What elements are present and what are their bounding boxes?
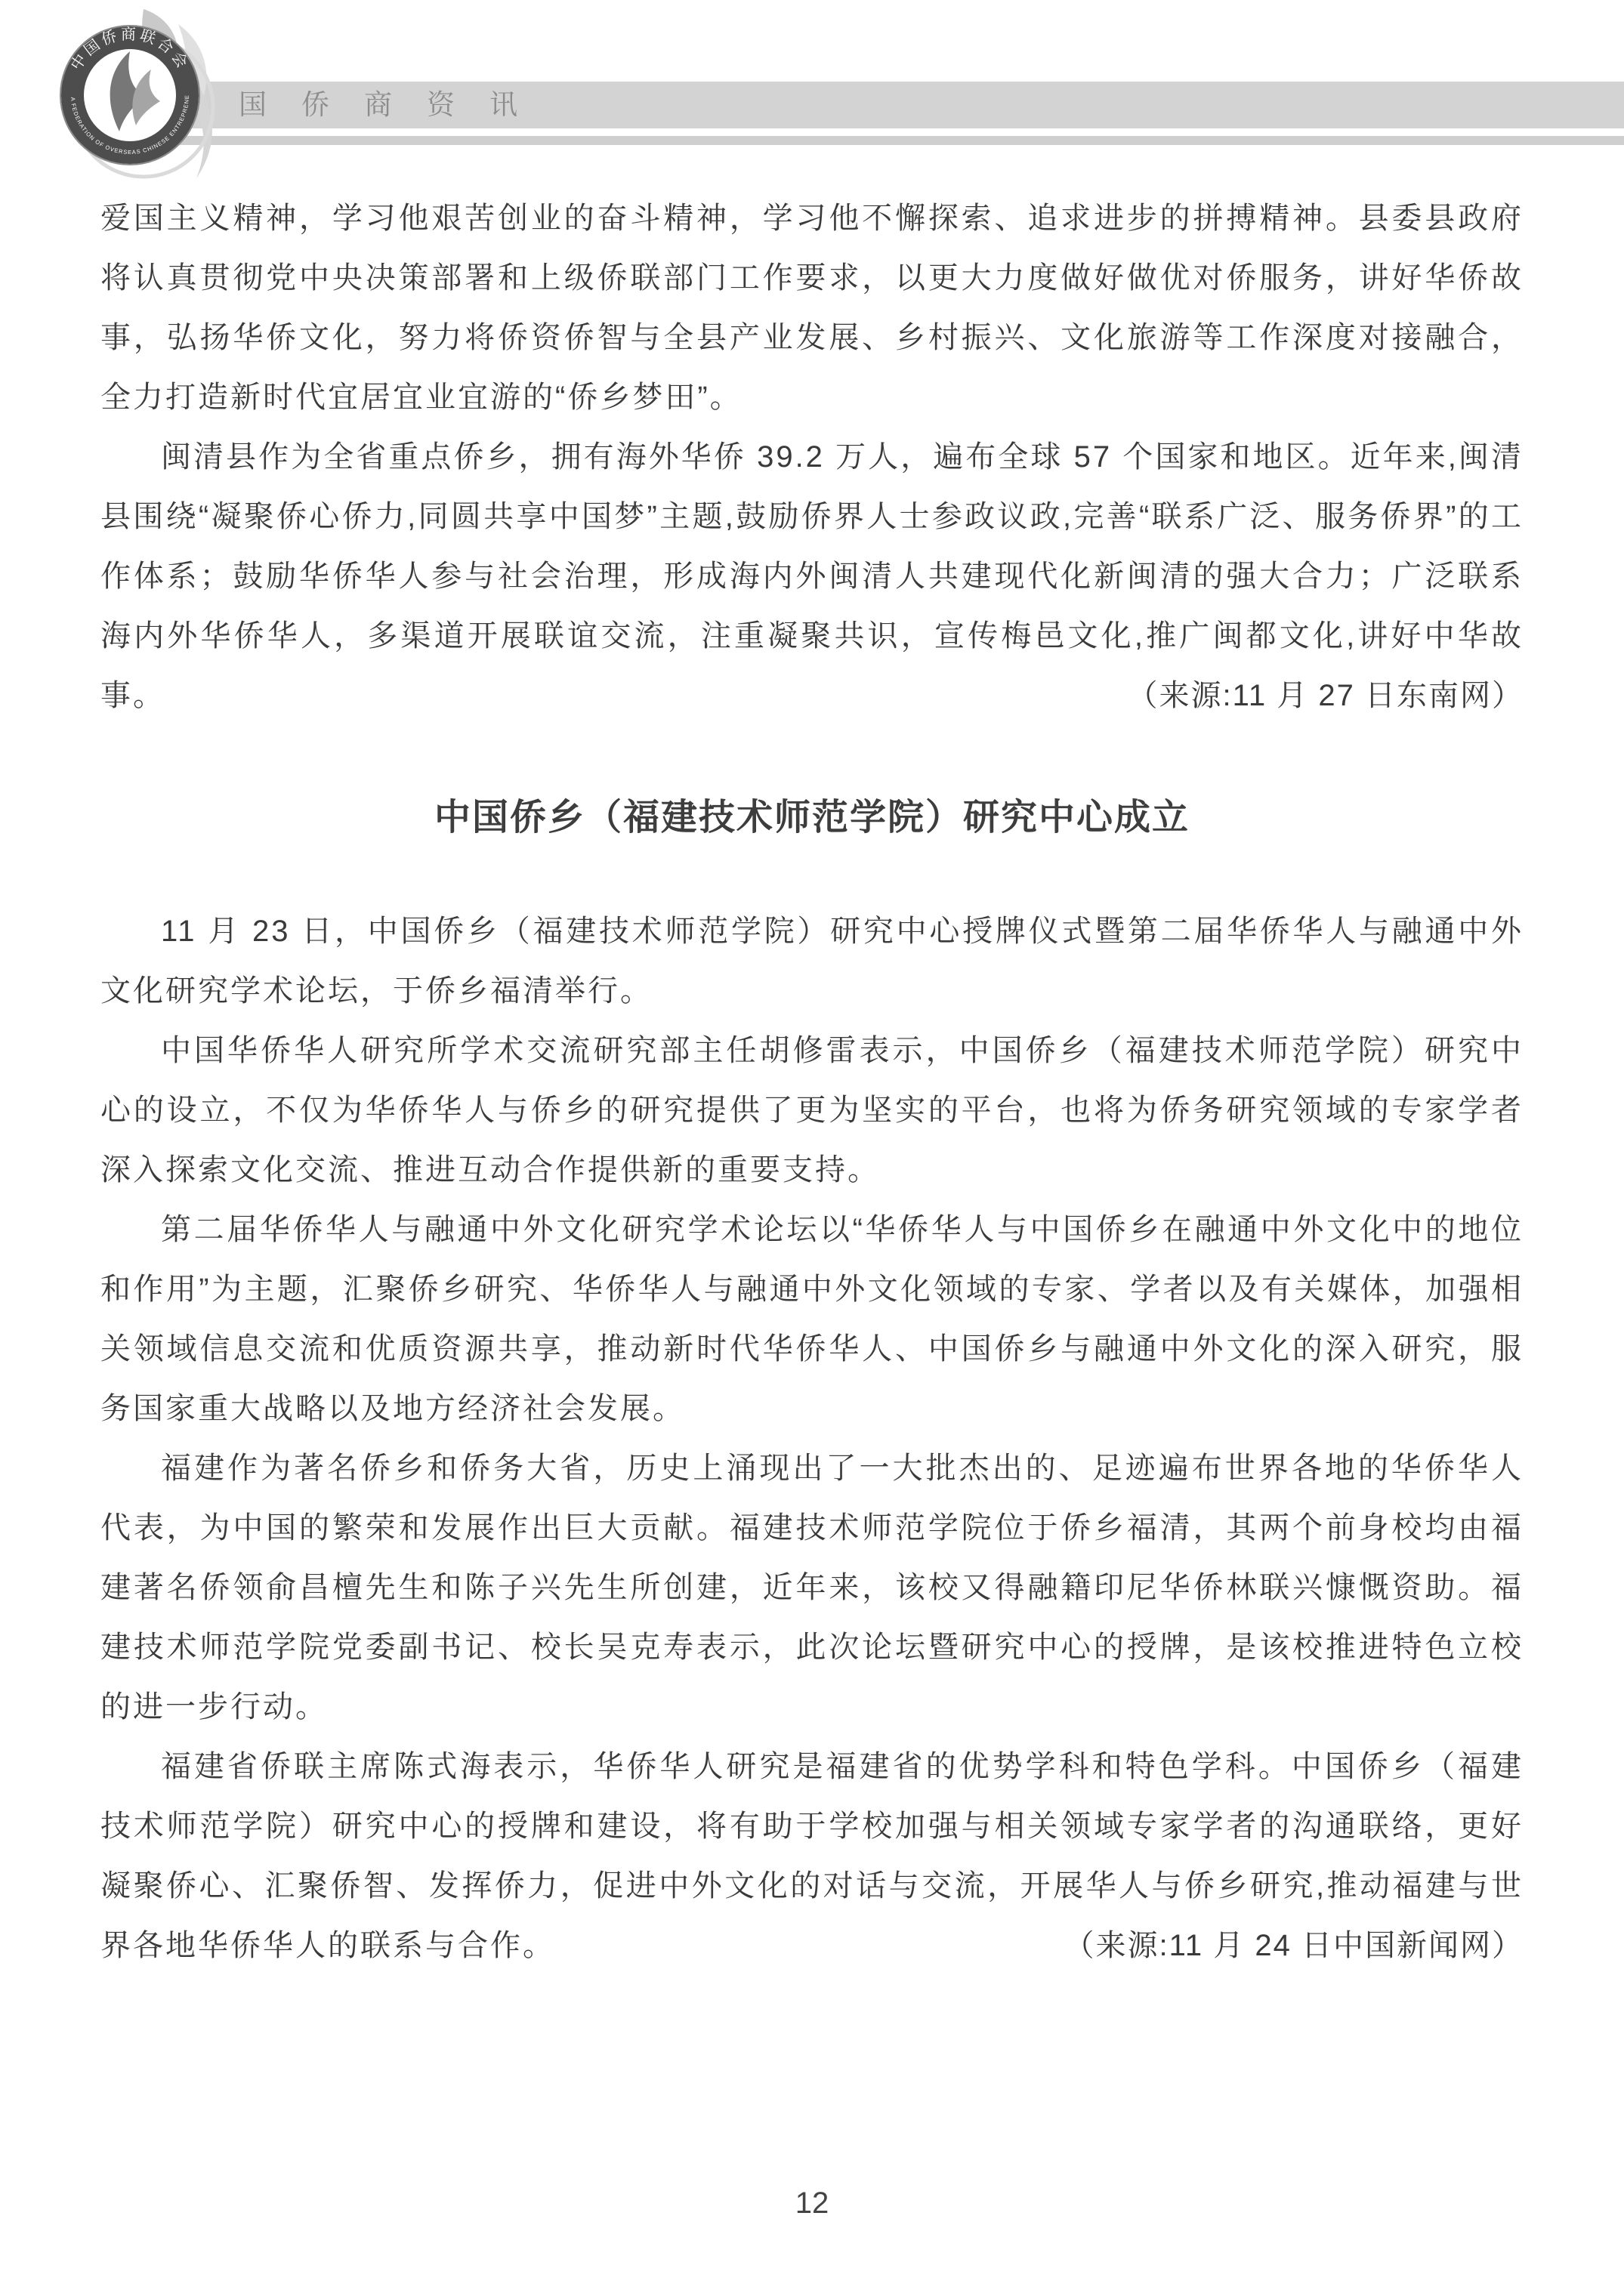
org-logo: 中国侨商联合会 CHINA FEDERATION OF OVERSEAS CHI… <box>30 3 242 184</box>
paragraph: 福建省侨联主席陈式海表示，华侨华人研究是福建省的优势学科和特色学科。中国侨乡（福… <box>100 1737 1524 1976</box>
source-note: （来源:11 月 24 日中国新闻网） <box>1004 1916 1524 1976</box>
document-page: 中国侨商资讯 中国侨商联合会 <box>0 0 1624 2293</box>
header-band: 中国侨商资讯 <box>94 82 1624 128</box>
paragraph-text: 11 月 23 日，中国侨乡（福建技术师范学院）研究中心授牌仪式暨第二届华侨华人… <box>100 915 1524 1008</box>
paragraph: 闽清县作为全省重点侨乡，拥有海外华侨 39.2 万人，遍布全球 57 个国家和地… <box>100 427 1524 726</box>
paragraph-text: 第二届华侨华人与融通中外文化研究学术论坛以“华侨华人与中国侨乡在融通中外文化中的… <box>100 1213 1524 1425</box>
paragraph: 爱国主义精神，学习他艰苦创业的奋斗精神，学习他不懈探索、追求进步的拼搏精神。县委… <box>100 189 1524 427</box>
source-note: （来源:11 月 27 日东南网） <box>1067 666 1524 726</box>
org-logo-emblem: 中国侨商联合会 CHINA FEDERATION OF OVERSEAS CHI… <box>30 3 242 184</box>
article-title: 中国侨乡（福建技术师范学院）研究中心成立 <box>100 788 1524 847</box>
header-stripe <box>94 136 1624 145</box>
paragraph-text: 中国华侨华人研究所学术交流研究部主任胡修雷表示，中国侨乡（福建技术师范学院）研究… <box>100 1034 1524 1187</box>
paragraph: 第二届华侨华人与融通中外文化研究学术论坛以“华侨华人与中国侨乡在融通中外文化中的… <box>100 1200 1524 1439</box>
paragraph-text: 福建作为著名侨乡和侨务大省，历史上涌现出了一大批杰出的、足迹遍布世界各地的华侨华… <box>100 1452 1524 1724</box>
paragraph: 11 月 23 日，中国侨乡（福建技术师范学院）研究中心授牌仪式暨第二届华侨华人… <box>100 902 1524 1021</box>
article-content: 爱国主义精神，学习他艰苦创业的奋斗精神，学习他不懈探索、追求进步的拼搏精神。县委… <box>100 189 1524 1976</box>
paragraph: 福建作为著名侨乡和侨务大省，历史上涌现出了一大批杰出的、足迹遍布世界各地的华侨华… <box>100 1439 1524 1737</box>
paragraph-text: 爱国主义精神，学习他艰苦创业的奋斗精神，学习他不懈探索、追求进步的拼搏精神。县委… <box>100 202 1524 414</box>
page-number: 12 <box>0 2187 1624 2220</box>
paragraph: 中国华侨华人研究所学术交流研究部主任胡修雷表示，中国侨乡（福建技术师范学院）研究… <box>100 1021 1524 1200</box>
